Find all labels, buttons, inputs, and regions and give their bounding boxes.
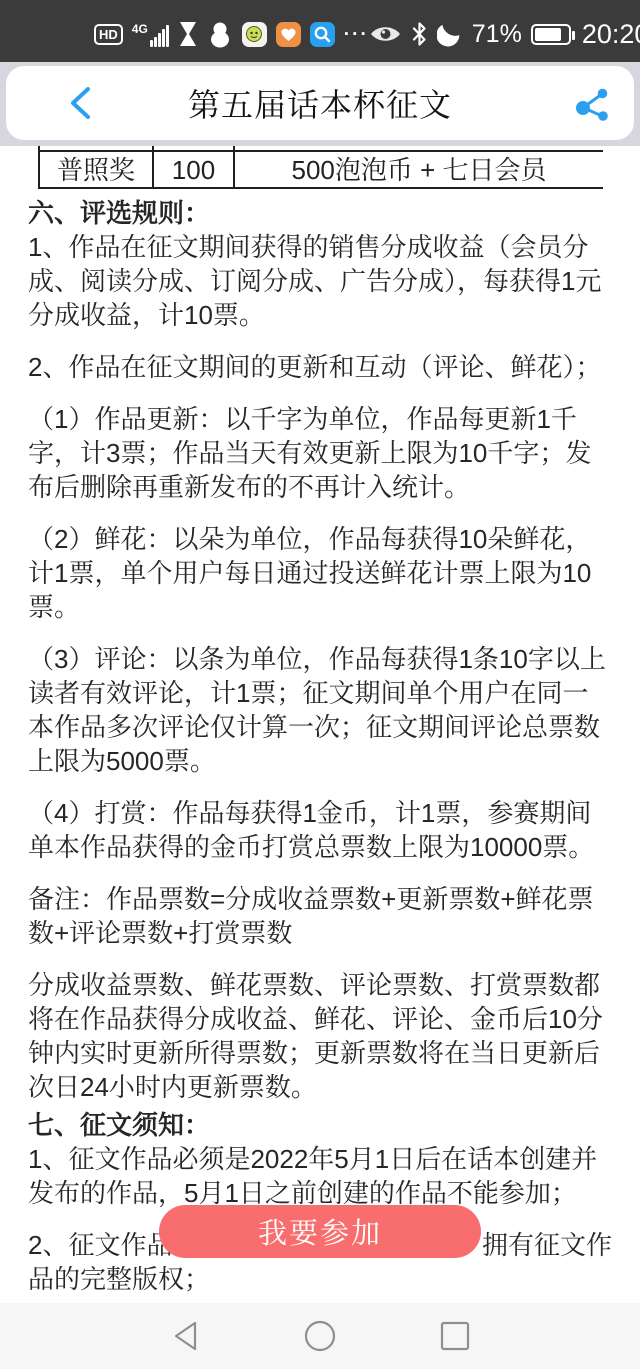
prize-count-cell: 100 [153, 151, 234, 188]
battery-icon [531, 24, 571, 45]
nav-home-button[interactable] [301, 1317, 339, 1355]
rule-paragraph: （4）打赏：作品每获得1金币，计1票，参赛期间单本作品获得的金币打赏总票数上限为… [28, 796, 612, 864]
status-bar: HD 4G [0, 0, 640, 62]
section-heading: 六、评选规则： [28, 196, 612, 230]
rule-paragraph: 品的完整版权； [28, 1262, 612, 1296]
header-band: 第五届话本杯征文 [0, 62, 640, 146]
back-triangle-icon [171, 1320, 199, 1352]
rule-paragraph: 2、作品在征文期间的更新和互动（评论、鲜花）； [28, 350, 612, 384]
page-title: 第五届话本杯征文 [6, 80, 634, 126]
rule-paragraph: 分成收益票数、鲜花票数、评论票数、打赏票数都将在作品获得分成收益、鲜花、评论、金… [28, 968, 612, 1104]
nav-back-button[interactable] [166, 1317, 204, 1355]
battery-percent-label: 71% [472, 20, 522, 49]
more-dots-icon: ··· [344, 25, 369, 44]
rule-paragraph: （1）作品更新：以千字为单位，作品每更新1千字，计3票；作品当天有效更新上限为1… [28, 402, 612, 504]
share-icon [574, 85, 612, 123]
status-bar-left: HD 4G [94, 21, 369, 48]
prize-name-cell: 普照奖 [39, 151, 153, 188]
prize-table: 普照奖 100 500泡泡币 + 七日会员 [38, 146, 603, 189]
prize-table-clipped: 普照奖 100 500泡泡币 + 七日会员 [38, 146, 603, 192]
contest-rules-document: 普照奖 100 500泡泡币 + 七日会员 六、评选规则： 1、作品在征文期间获… [0, 146, 640, 1369]
qq-penguin-icon [207, 21, 233, 48]
rule-paragraph: 备注：作品票数=分成收益票数+更新票数+鲜花票数+评论票数+打赏票数 [28, 882, 612, 950]
recents-square-icon [439, 1320, 471, 1352]
rule-paragraph: （3）评论：以条为单位，作品每获得1条10字以上读者有效评论，计1票；征文期间单… [28, 642, 612, 778]
text-fragment-left: 2、征文作品 [28, 1228, 172, 1262]
app-icon-character [242, 22, 267, 47]
section-heading: 七、征文须知： [28, 1108, 612, 1142]
hd-badge: HD [94, 24, 123, 45]
health-heart-app-icon [276, 22, 301, 47]
clock-label: 20:20 [582, 19, 640, 50]
table-row: 普照奖 100 500泡泡币 + 七日会员 [39, 151, 603, 188]
network-type-label: 4G [132, 23, 148, 35]
nav-recents-button[interactable] [436, 1317, 474, 1355]
share-button[interactable] [574, 85, 612, 123]
back-button[interactable] [64, 86, 96, 122]
rule-paragraph: 1、作品在征文期间获得的销售分成收益（会员分成、阅读分成、订阅分成、广告分成），… [28, 230, 612, 332]
search-app-icon [310, 22, 335, 47]
home-circle-icon [303, 1319, 337, 1353]
join-contest-button[interactable]: 我要参加 [159, 1205, 481, 1258]
eye-comfort-icon [369, 23, 402, 45]
header-card: 第五届话本杯征文 [6, 66, 634, 140]
4g-signal-bars-icon: 4G [132, 21, 169, 47]
bluetooth-icon [411, 21, 428, 47]
back-chevron-icon [67, 86, 93, 120]
hourglass-icon [178, 21, 198, 47]
text-fragment-right: 拥有征文作 [482, 1228, 612, 1262]
rule-paragraph: （2）鲜花：以朵为单位，作品每获得10朵鲜花，计1票，单个用户每日通过投送鲜花计… [28, 522, 612, 624]
prize-reward-cell: 500泡泡币 + 七日会员 [234, 151, 603, 188]
status-bar-right: 71% 20:20 [369, 19, 640, 50]
night-mode-moon-icon [437, 21, 463, 47]
android-nav-bar [0, 1303, 640, 1369]
rule-paragraph: 1、征文作品必须是2022年5月1日后在话本创建并发布的作品，5月1日之前创建的… [28, 1142, 612, 1210]
